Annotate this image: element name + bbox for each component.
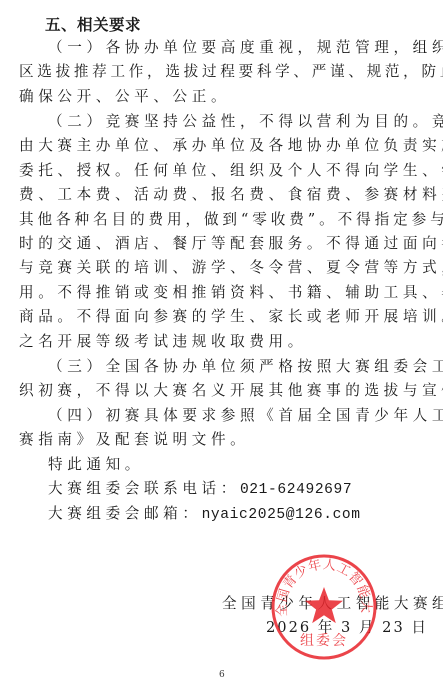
text-line: 织初赛，不得以大赛名义开展其他赛事的选拔与宣传。 xyxy=(19,379,431,403)
paragraph-1: （一）各协办单位要高度重视，规范管理，组织开展好本地 区选拔推荐工作，选拔过程要… xyxy=(19,36,431,109)
stamp-bottom-text: 组委会 xyxy=(300,633,348,649)
text-line: 由大赛主办单位、承办单位及各地协办单位负责实施，不得进行 xyxy=(19,134,431,158)
official-seal-icon: 全国青少年人工智能大赛 组委会 xyxy=(270,553,378,661)
text-line: （四）初赛具体要求参照《首届全国青少年人工智能大赛初 xyxy=(19,404,431,428)
document-page: 五、相关要求 （一）各协办单位要高度重视，规范管理，组织开展好本地 区选拔推荐工… xyxy=(0,0,443,688)
paragraph-2: （二）竞赛坚持公益性，不得以营利为目的。竞赛各项工作 由大赛主办单位、承办单位及… xyxy=(19,110,431,354)
closing-text: 特此通知。 xyxy=(19,453,431,477)
text-line: 用。不得推销或变相推销资料、书籍、辅助工具、器材、材料等 xyxy=(19,281,431,305)
section-heading: 五、相关要求 xyxy=(45,13,141,37)
text-line: 费、工本费、活动费、报名费、食宿费、参赛材料费、器材费和 xyxy=(19,183,431,207)
contact-phone-label: 大赛组委会联系电话： xyxy=(48,480,240,497)
paragraph-4: （四）初赛具体要求参照《首届全国青少年人工智能大赛初 赛指南》及配套说明文件。 xyxy=(19,404,431,453)
paragraph-3: （三）全国各协办单位须严格按照大赛组委会工作安排，组 织初赛，不得以大赛名义开展… xyxy=(19,355,431,404)
page-number: 6 xyxy=(219,670,225,680)
text-line: （一）各协办单位要高度重视，规范管理，组织开展好本地 xyxy=(19,36,431,60)
text-line: 之名开展等级考试违规收取费用。 xyxy=(19,330,431,354)
text-line: （三）全国各协办单位须严格按照大赛组委会工作安排，组 xyxy=(19,355,431,379)
text-line: 区选拔推荐工作，选拔过程要科学、严谨、规范，防止弄虚作假， xyxy=(19,60,431,84)
text-line: （二）竞赛坚持公益性，不得以营利为目的。竞赛各项工作 xyxy=(19,110,431,134)
contact-email: nyaic2025@126.com xyxy=(202,507,361,523)
contact-email-label: 大赛组委会邮箱： xyxy=(48,505,202,522)
text-line: 赛指南》及配套说明文件。 xyxy=(19,428,431,452)
contact-email-line: 大赛组委会邮箱：nyaic2025@126.com xyxy=(19,502,431,526)
text-line: 商品。不得面向参赛的学生、家长或老师开展培训。不得借竞赛 xyxy=(19,305,431,329)
contact-phone: 021-62492697 xyxy=(240,482,352,498)
text-line: 时的交通、酒店、餐厅等配套服务。不得通过面向参赛学生组织 xyxy=(19,232,431,256)
closing-block: 特此通知。 大赛组委会联系电话：021-62492697 大赛组委会邮箱：nya… xyxy=(19,453,431,526)
text-line: 与竞赛关联的培训、游学、冬令营、夏令营等方式，变相收取费 xyxy=(19,256,431,280)
text-line: 其他各种名目的费用，做到“零收费”。不得指定参与竞赛活动 xyxy=(19,208,431,232)
text-line: 确保公开、公平、公正。 xyxy=(19,85,431,109)
text-line: 委托、授权。任何单位、组织及个人不得向学生、学校收取成本 xyxy=(19,159,431,183)
contact-phone-line: 大赛组委会联系电话：021-62492697 xyxy=(19,477,431,501)
